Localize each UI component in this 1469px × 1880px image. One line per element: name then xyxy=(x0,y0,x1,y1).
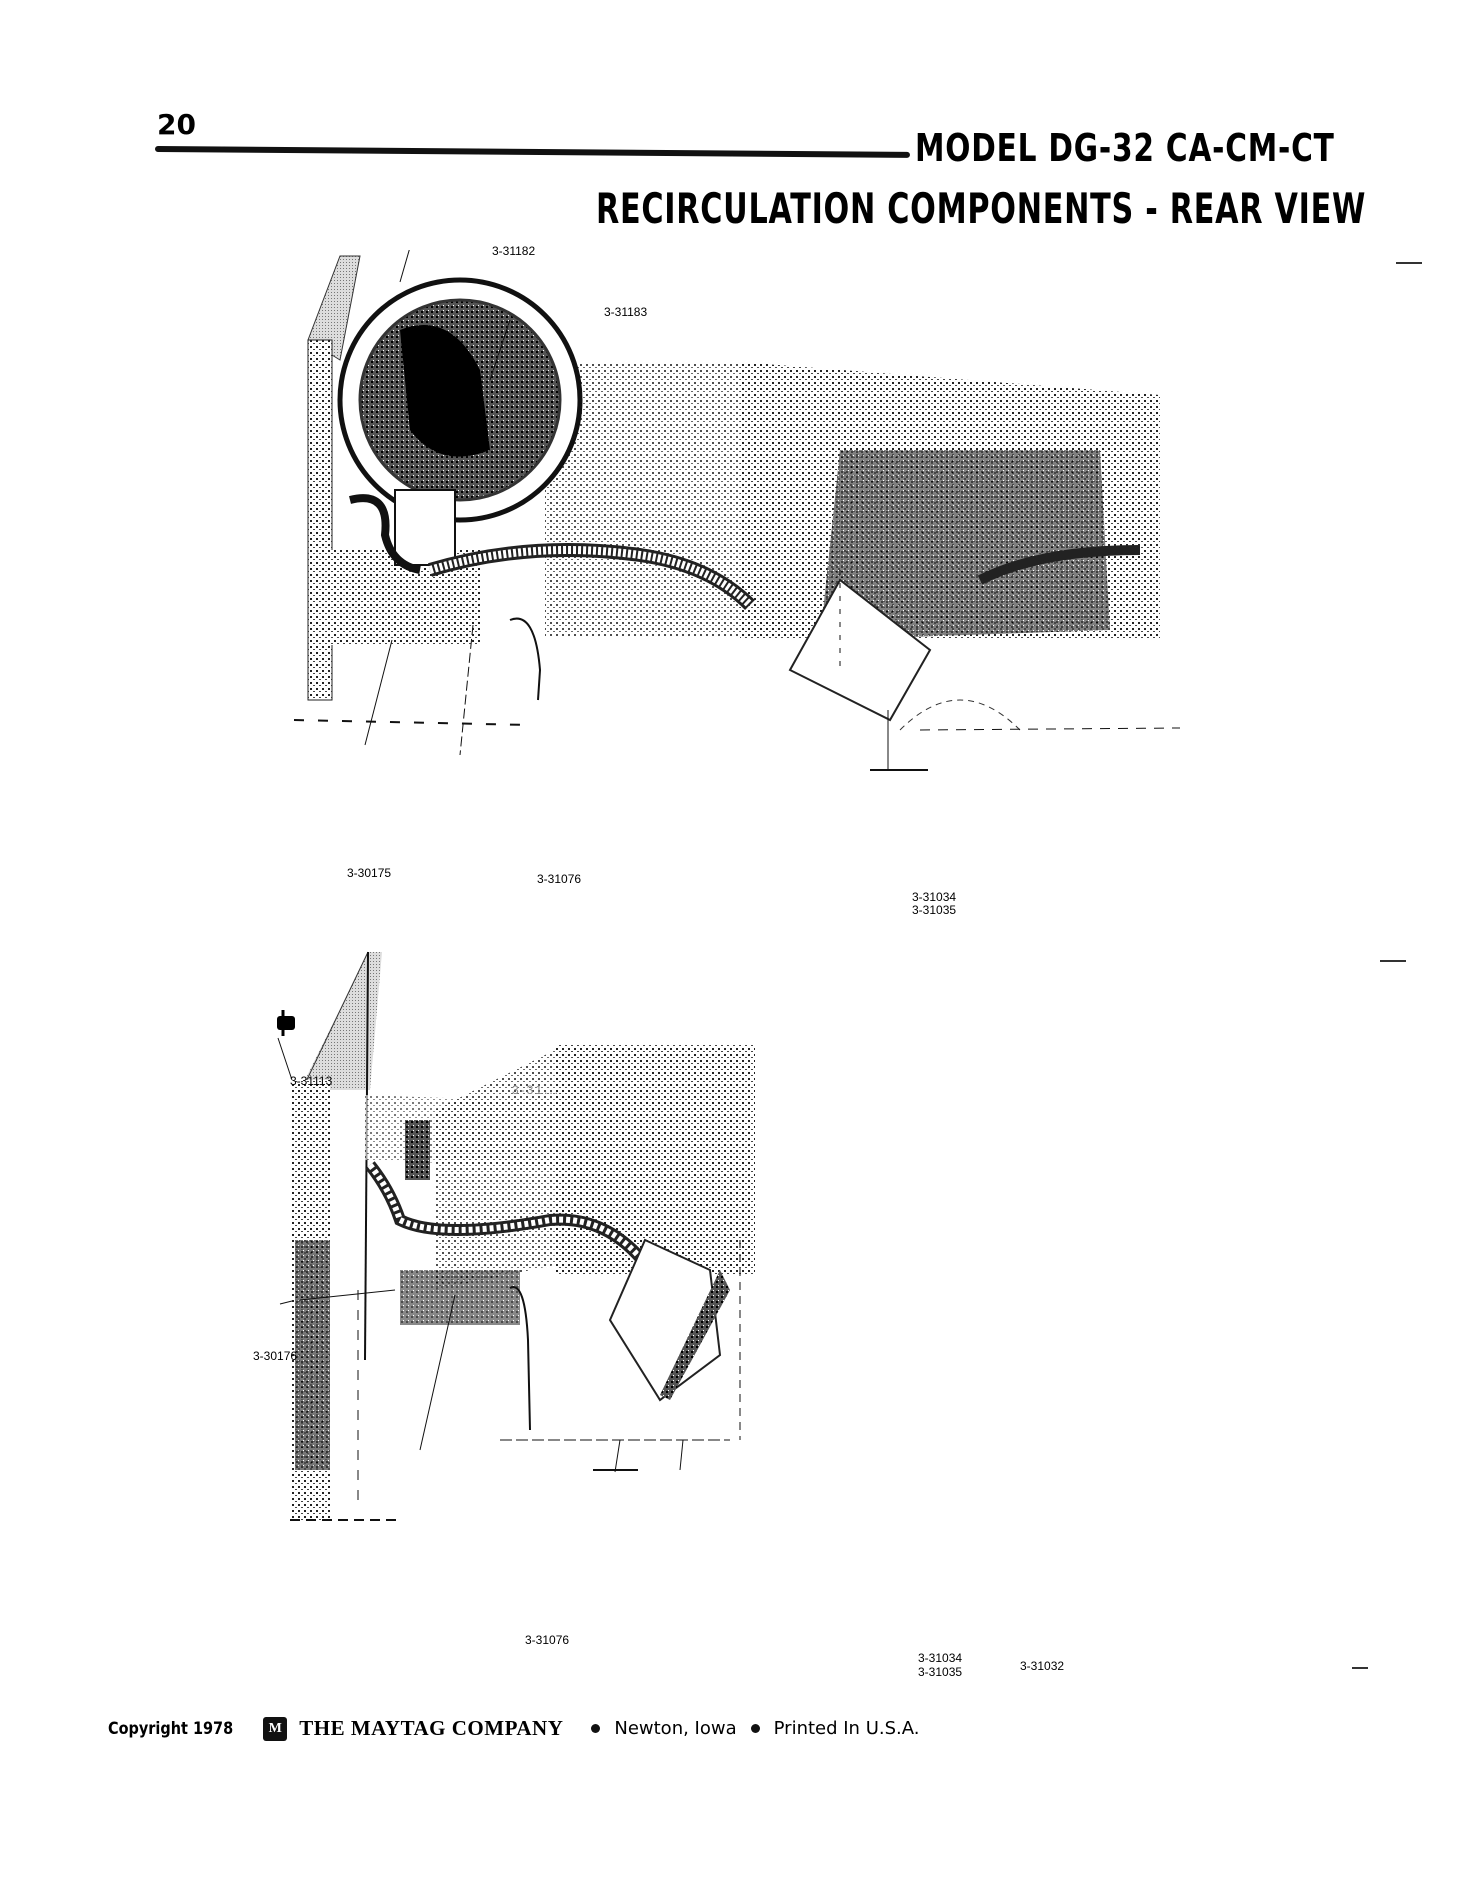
part-label: 3-31113 xyxy=(290,1074,332,1088)
part-label: 3-31183 xyxy=(604,305,647,319)
scan-mark xyxy=(1396,262,1422,264)
part-label: 3-30176 xyxy=(253,1349,297,1363)
part-label: 3-31035 xyxy=(918,1665,962,1679)
company-name: THE MAYTAG COMPANY xyxy=(299,1716,563,1741)
location-text: Newton, Iowa xyxy=(614,1718,736,1739)
part-label: 3-31034 xyxy=(912,890,956,904)
footer: Copyright 1978 M THE MAYTAG COMPANY Newt… xyxy=(108,1716,919,1741)
maytag-logo-icon: M xyxy=(263,1717,287,1741)
part-label: 3-31034 xyxy=(918,1651,962,1665)
scan-mark xyxy=(1380,960,1406,962)
bullet-icon xyxy=(751,1724,760,1733)
top-diagram-illustration xyxy=(280,250,1180,890)
part-label: 3-31076 xyxy=(537,872,581,886)
part-label: 3-31182 xyxy=(492,244,535,258)
copyright-text: Copyright 1978 xyxy=(108,1719,233,1739)
page-title: RECIRCULATION COMPONENTS - REAR VIEW xyxy=(596,184,1366,233)
part-label: 3-31032 xyxy=(1020,1659,1064,1673)
part-label: 3-30175 xyxy=(347,866,391,880)
fastener-icon xyxy=(277,1010,295,1036)
model-heading: MODEL DG-32 CA-CM-CT xyxy=(915,126,1335,170)
scan-mark xyxy=(1352,1667,1368,1669)
page-number: 20 xyxy=(157,108,196,141)
bullet-icon xyxy=(591,1724,600,1733)
part-label: 3-31076 xyxy=(525,1633,569,1647)
part-label-faded: 3-31... xyxy=(512,1083,560,1097)
bottom-diagram-illustration xyxy=(250,940,1200,1660)
part-label: 3-31035 xyxy=(912,903,956,917)
printed-text: Printed In U.S.A. xyxy=(774,1718,920,1739)
header-rule xyxy=(155,146,910,158)
